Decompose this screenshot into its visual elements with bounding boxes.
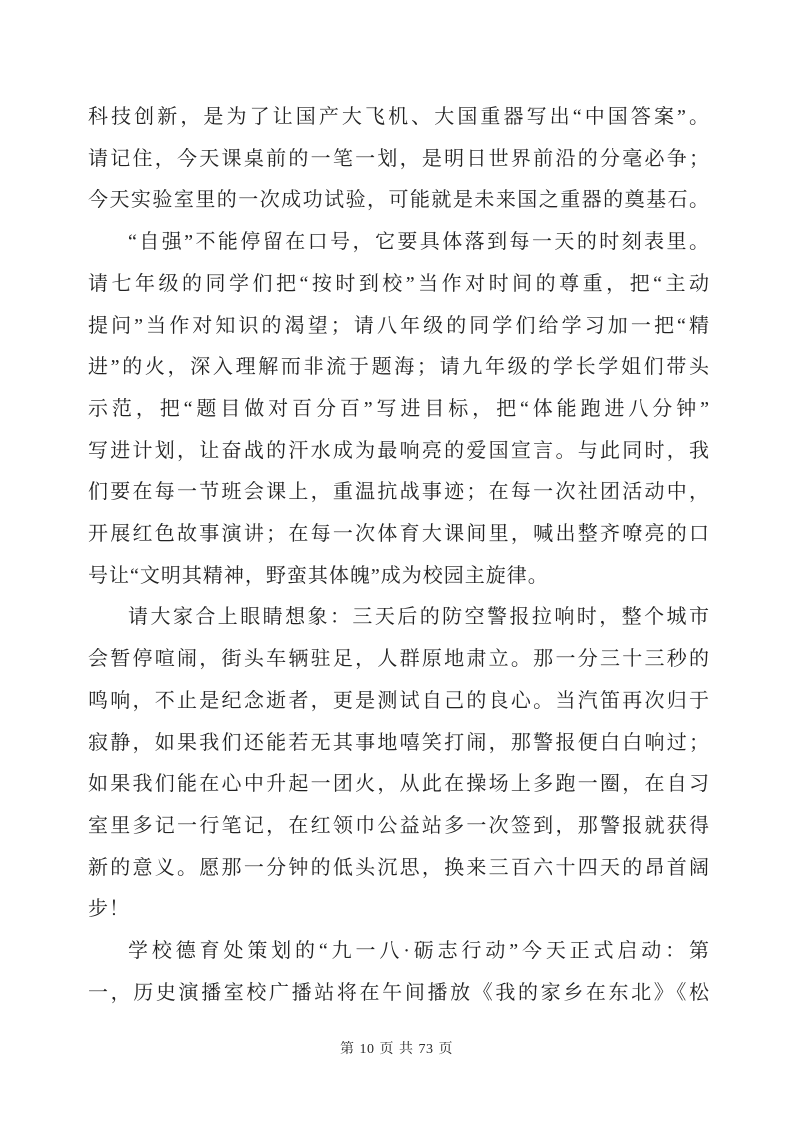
body-text-line: 步！	[88, 889, 710, 931]
footer-label-suffix: 页	[439, 1038, 454, 1058]
body-text-line: 请记住，今天课桌前的一笔一划，是明日世界前沿的分毫必争；	[88, 139, 710, 181]
document-page: 科技创新，是为了让国产大飞机、大国重器写出“中国答案”。 请记住，今天课桌前的一…	[0, 0, 793, 1122]
body-text-line: 寂静，如果我们还能若无其事地嘻笑打闹，那警报便白白响过；	[88, 723, 710, 765]
footer-label-page: 页	[380, 1038, 395, 1058]
body-text-line: 室里多记一行笔记，在红领巾公益站多一次签到，那警报就获得	[88, 806, 710, 848]
body-text-line: 提问”当作对知识的渴望；请八年级的同学们给学习加一把“精	[88, 306, 710, 348]
body-text-line: 学校德育处策划的“九一八·砺志行动”今天正式启动：第	[88, 931, 710, 973]
body-text-line: 如果我们能在心中升起一团火，从此在操场上多跑一圈，在自习	[88, 764, 710, 806]
body-text-line: 写进计划，让奋战的汗水成为最响亮的爱国宣言。与此同时，我	[88, 431, 710, 473]
body-text-line: 一，历史演播室校广播站将在午间播放《我的家乡在东北》《松	[88, 973, 710, 1015]
body-text-line: 请大家合上眼睛想象：三天后的防空警报拉响时，整个城市	[88, 597, 710, 639]
page-footer: 第 10 页 共 73 页	[0, 1038, 793, 1058]
body-text-line: 示范，把“题目做对百分百”写进目标，把“体能跑进八分钟”	[88, 389, 710, 431]
body-text-line: 科技创新，是为了让国产大飞机、大国重器写出“中国答案”。	[88, 97, 710, 139]
body-text-line: 号让“文明其精神，野蛮其体魄”成为校园主旋律。	[88, 556, 710, 598]
body-text-line: 们要在每一节班会课上，重温抗战事迹；在每一次社团活动中，	[88, 472, 710, 514]
body-text-line: 会暂停喧闹，街头车辆驻足，人群原地肃立。那一分三十三秒的	[88, 639, 710, 681]
body-text-line: 开展红色故事演讲；在每一次体育大课间里，喊出整齐嘹亮的口	[88, 514, 710, 556]
footer-total-pages-number: 73	[419, 1042, 434, 1058]
document-body: 科技创新，是为了让国产大飞机、大国重器写出“中国答案”。 请记住，今天课桌前的一…	[88, 97, 710, 1014]
body-text-line: 进”的火，深入理解而非流于题海；请九年级的学长学姐们带头	[88, 347, 710, 389]
footer-label-total-prefix: 共	[399, 1038, 414, 1058]
body-text-line: 今天实验室里的一次成功试验，可能就是未来国之重器的奠基石。	[88, 180, 710, 222]
body-text-line: 新的意义。愿那一分钟的低头沉思，换来三百六十四天的昂首阔	[88, 848, 710, 890]
body-text-line: 鸣响，不止是纪念逝者，更是测试自己的良心。当汽笛再次归于	[88, 681, 710, 723]
body-text-line: 请七年级的同学们把“按时到校”当作对时间的尊重，把“主动	[88, 264, 710, 306]
body-text-line: “自强”不能停留在口号，它要具体落到每一天的时刻表里。	[88, 222, 710, 264]
footer-label-prefix: 第	[340, 1038, 355, 1058]
footer-current-page-number: 10	[360, 1042, 375, 1058]
